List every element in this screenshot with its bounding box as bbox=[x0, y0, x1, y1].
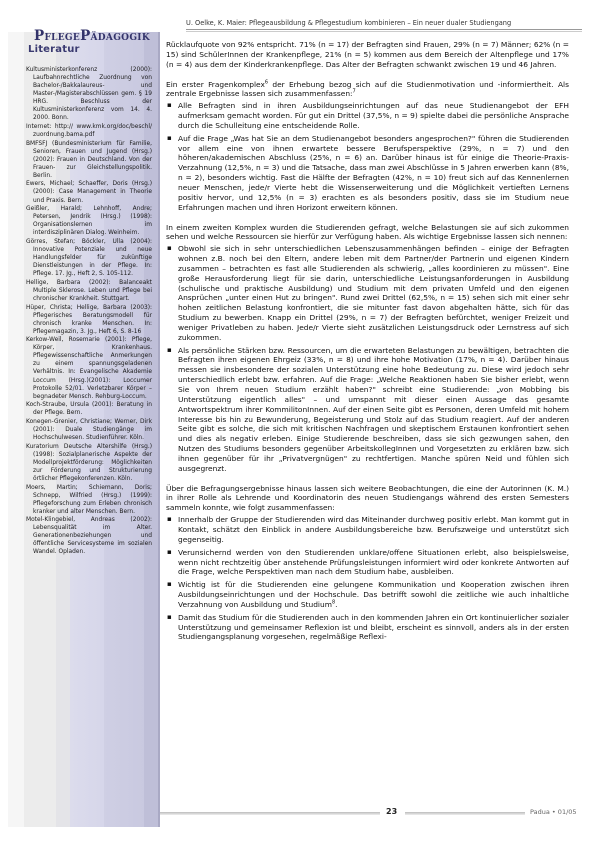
list-item: Verunsichernd werden von den Studierende… bbox=[166, 548, 569, 578]
paragraph: Ein erster Fragenkomplex6 der Erhebung b… bbox=[166, 80, 569, 100]
article-body: Rücklaufquote von 92% entspricht. 71% (n… bbox=[166, 40, 569, 652]
list-item-text: Wichtig ist für die Studierenden eine ge… bbox=[178, 580, 569, 609]
paragraph: In einem zweiten Komplex wurden die Stud… bbox=[166, 223, 569, 243]
page-footer: 23 Padua • 01/05 bbox=[160, 806, 590, 820]
paragraph: Rücklaufquote von 92% entspricht. 71% (n… bbox=[166, 40, 569, 70]
reference-item: Koch-Straube, Ursula (2001): Beratung in… bbox=[26, 401, 152, 417]
list-item: Wichtig ist für die Studierenden eine ge… bbox=[166, 580, 569, 610]
paragraph-text: Ein erster Fragenkomplex bbox=[166, 80, 265, 89]
issue-label: Padua • 01/05 bbox=[530, 808, 577, 816]
footer-rule bbox=[405, 812, 525, 815]
list-item: Damit das Studium für die Studierenden a… bbox=[166, 613, 569, 643]
reference-item: Motel-Klingebiel, Andreas (2002): Lebens… bbox=[26, 516, 152, 556]
reference-item: Moers, Martin; Schiemann, Doris; Schnepp… bbox=[26, 484, 152, 516]
reference-item: Internet: http:// www.kmk.org/doc/beschl… bbox=[26, 123, 152, 139]
reference-item: Kuratorium Deutsche Altershilfe (Hrsg.) … bbox=[26, 443, 152, 483]
footer-rule bbox=[160, 812, 380, 815]
list-item: Alle Befragten sind in ihren Ausbildungs… bbox=[166, 101, 569, 131]
footnote-ref: 8 bbox=[332, 599, 335, 605]
reference-item: Konegen-Grenier, Christiane; Werner, Dir… bbox=[26, 418, 152, 442]
reference-item: Geißler, Harald; Lehnhoff, Andre; Peters… bbox=[26, 205, 152, 237]
reference-item: Hüper, Christa; Hellige, Barbara (2003):… bbox=[26, 304, 152, 336]
bullet-list: Innerhalb der Gruppe der Studierenden wi… bbox=[166, 515, 569, 642]
bullet-list: Alle Befragten sind in ihren Ausbildungs… bbox=[166, 101, 569, 212]
bullet-list: Obwohl sie sich in sehr unterschiedliche… bbox=[166, 244, 569, 473]
footnote-ref: 7 bbox=[353, 89, 356, 95]
reference-item: BMFSFJ (Bundesministerium für Familie, S… bbox=[26, 140, 152, 180]
reference-item: Ewers, Michael; Schaeffer, Doris (Hrsg.)… bbox=[26, 180, 152, 204]
sidebar-heading: Literatur bbox=[28, 44, 80, 55]
page-number: 23 bbox=[386, 807, 397, 816]
paragraph: Über die Befragungsergebnisse hinaus las… bbox=[166, 484, 569, 514]
reference-item: Kerkow-Weil, Rosemarie (2001): Pflege, K… bbox=[26, 336, 152, 400]
list-item: Obwohl sie sich in sehr unterschiedliche… bbox=[166, 244, 569, 342]
list-item: Innerhalb der Gruppe der Studierenden wi… bbox=[166, 515, 569, 545]
reference-list: Kultusministerkonferenz (2000): Laufbahn… bbox=[26, 66, 152, 557]
reference-item: Görres, Stefan; Böckler, Ulla (2004): In… bbox=[26, 238, 152, 278]
running-head: U. Oelke, K. Maier: Pflegeausbildung & P… bbox=[186, 19, 582, 30]
reference-item: Kultusministerkonferenz (2000): Laufbahn… bbox=[26, 66, 152, 122]
list-item: Auf die Frage „Was hat Sie an dem Studie… bbox=[166, 134, 569, 213]
list-item: Als persönliche Stärken bzw. Ressourcen,… bbox=[166, 346, 569, 474]
reference-item: Hellige, Barbara (2002): Balanceakt Mult… bbox=[26, 279, 152, 303]
journal-brand: PflegePädagogik bbox=[34, 28, 150, 44]
